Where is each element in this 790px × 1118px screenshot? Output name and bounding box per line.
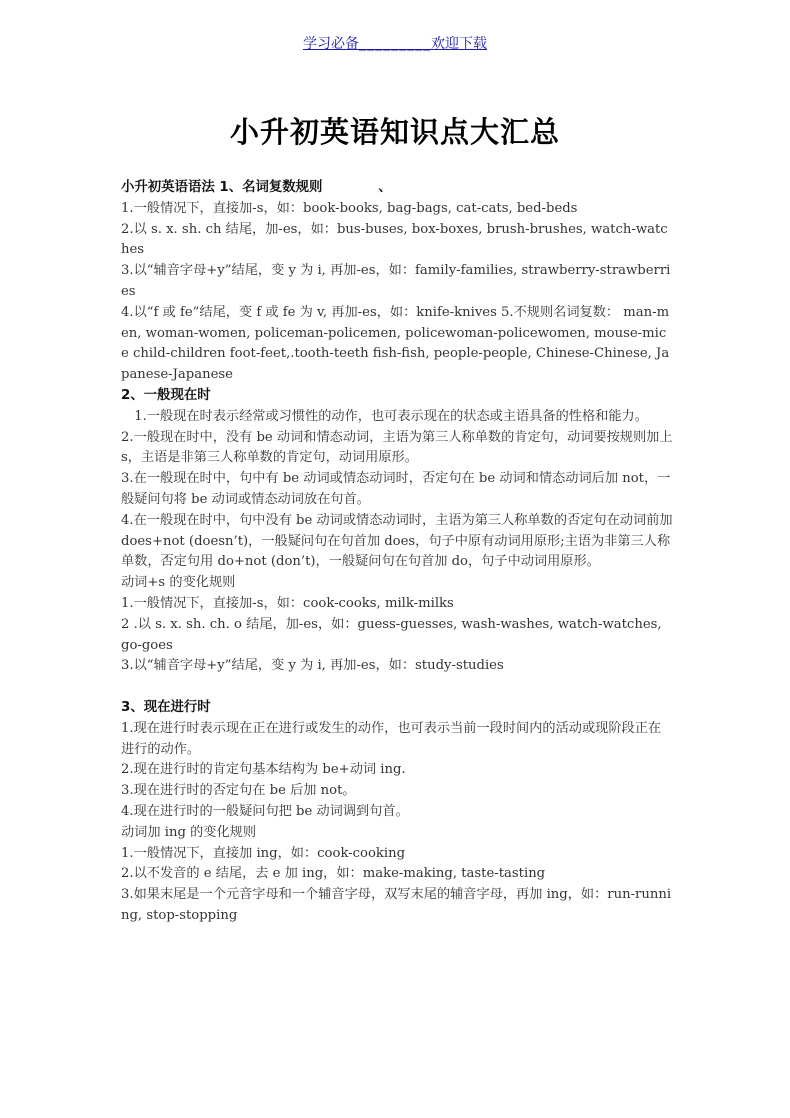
rule-line: 4.以“f 或 fe”结尾，变 f 或 fe 为 v, 再加-es，如：knif…: [121, 303, 673, 386]
rule-line: 1.现在进行时表示现在正在进行或发生的动作，也可表示当前一段时间内的活动或现阶段…: [121, 719, 673, 761]
rule-line: 2.现在进行时的肯定句基本结构为 be+动词 ing.: [121, 760, 673, 781]
spacer: [121, 677, 673, 698]
rule-line: 2.一般现在时中，没有 be 动词和情态动词，主语为第三人称单数的肯定句，动词要…: [121, 428, 673, 470]
section-heading-noun-plurals: 小升初英语语法 1、名词复数规则 、: [121, 178, 673, 199]
rule-line: 2.以不发音的 e 结尾，去 e 加 ing，如：make-making, ta…: [121, 864, 673, 885]
rule-line: 3.在一般现在时中，句中有 be 动词或情态动词时，否定句在 be 动词和情态动…: [121, 469, 673, 511]
rule-line: 2.以 s. x. sh. ch 结尾，加-es，如：bus-buses, bo…: [121, 220, 673, 262]
header-right-text: 欢迎下载: [431, 36, 487, 52]
rule-line: 1.一般情况下，直接加-s，如：cook-cooks, milk-milks: [121, 594, 673, 615]
rule-line: 2 .以 s. x. sh. ch. o 结尾，加-es，如：guess-gue…: [121, 615, 673, 657]
document-body: 小升初英语语法 1、名词复数规则 、 1.一般情况下，直接加-s，如：book-…: [121, 178, 673, 927]
section-heading-simple-present: 2、一般现在时: [121, 386, 673, 407]
sub-heading-verb-s-rules: 动词+s 的变化规则: [121, 573, 673, 594]
rule-line: 4.现在进行时的一般疑问句把 be 动词调到句首。: [121, 802, 673, 823]
rule-line: 4.在一般现在时中，句中没有 be 动词或情态动词时，主语为第三人称单数的否定句…: [121, 511, 673, 573]
section-heading-present-continuous: 3、现在进行时: [121, 698, 673, 719]
rule-line: 3.以“辅音字母+y”结尾，变 y 为 i, 再加-es，如：family-fa…: [121, 261, 673, 303]
rule-line: 1.一般情况下，直接加-s，如：book-books, bag-bags, ca…: [121, 199, 673, 220]
rule-line: 3.现在进行时的否定句在 be 后加 not。: [121, 781, 673, 802]
rule-line: 3.以“辅音字母+y”结尾，变 y 为 i, 再加-es，如：study-stu…: [121, 656, 673, 677]
header-dashes: _________: [359, 36, 431, 52]
sub-heading-verb-ing-rules: 动词加 ing 的变化规则: [121, 823, 673, 844]
document-title: 小升初英语知识点大汇总: [0, 110, 790, 151]
rule-line: 3.如果末尾是一个元音字母和一个辅音字母，双写末尾的辅音字母，再加 ing，如：…: [121, 885, 673, 927]
rule-line: 1.一般现在时表示经常或习惯性的动作，也可表示现在的状态或主语具备的性格和能力。: [121, 407, 673, 428]
header-left-text: 学习必备: [303, 36, 359, 52]
rule-line: 1.一般情况下，直接加 ing，如：cook-cooking: [121, 844, 673, 865]
page-header: 学习必备_________欢迎下载: [0, 33, 790, 53]
